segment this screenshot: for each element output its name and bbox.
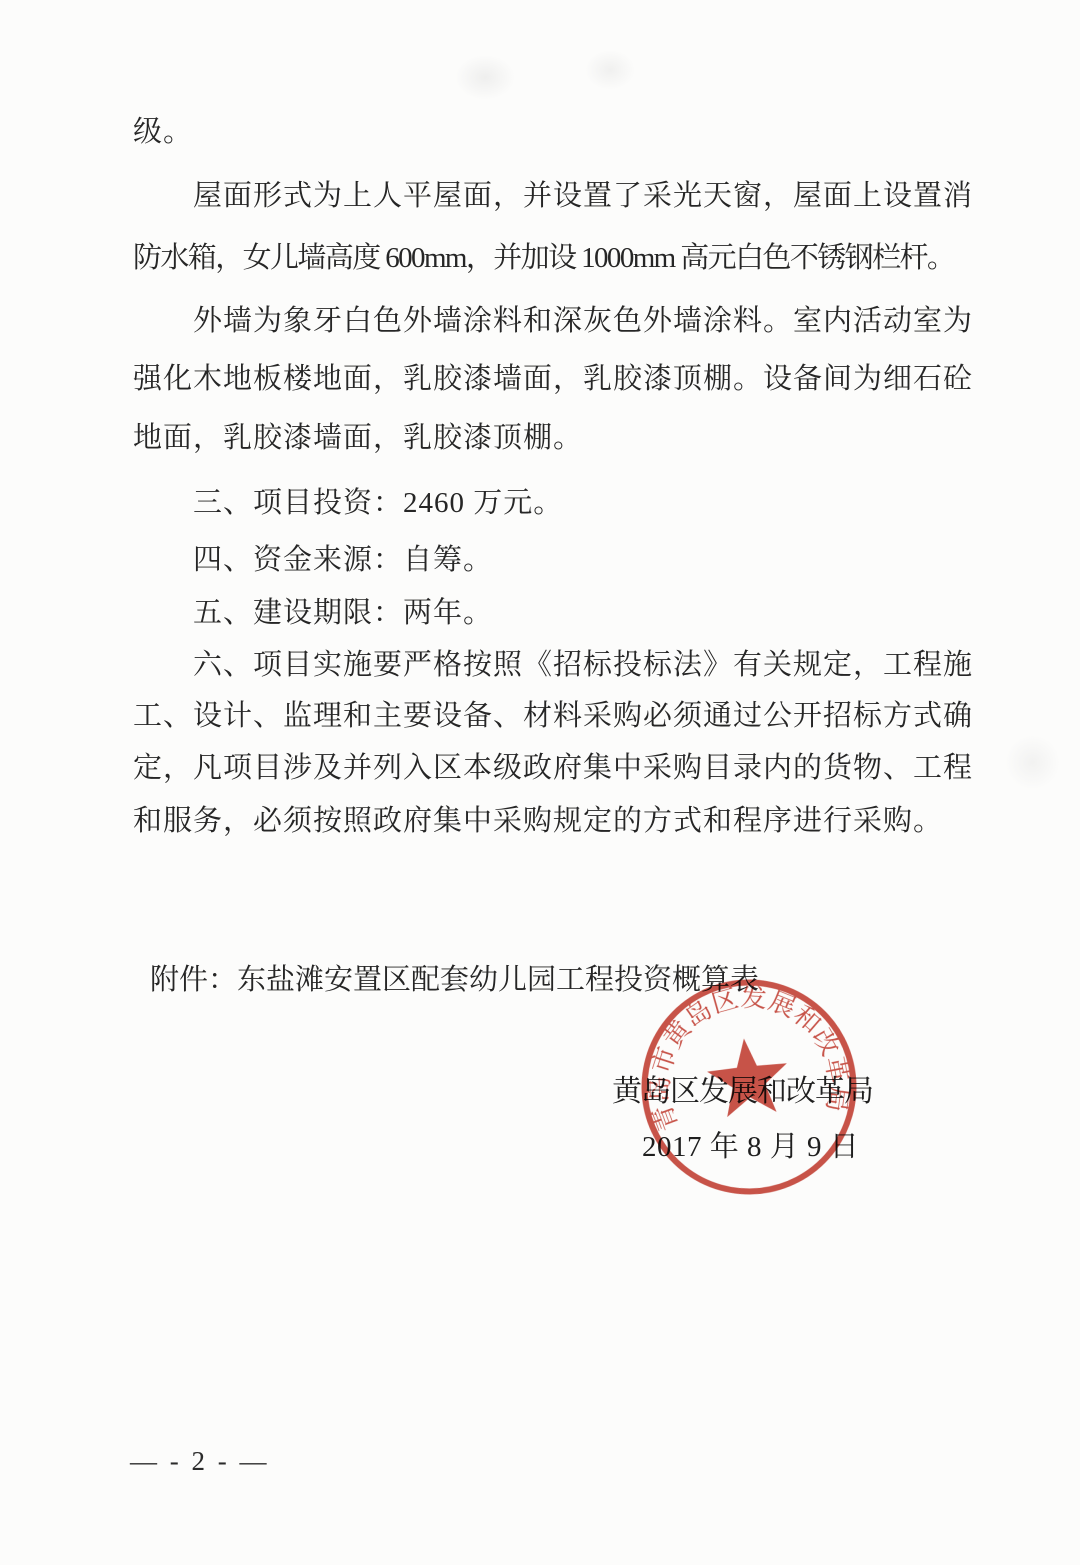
body-line: 级。: [133, 114, 993, 150]
seal-star-icon: [704, 1034, 792, 1118]
body-line: 防水箱，女儿墙高度 600mm，并加设 1000mm 高元白色不锈钢栏杆。: [133, 240, 993, 276]
body-line: 外墙为象牙白色外墙涂料和深灰色外墙涂料。室内活动室为: [133, 303, 1053, 339]
scan-smudge: [585, 50, 635, 90]
body-line: 强化木地板楼地面，乳胶漆墙面，乳胶漆顶棚。设备间为细石砼: [133, 361, 993, 397]
body-line: 五、建设期限：两年。: [193, 595, 1053, 631]
body-line: 工、设计、监理和主要设备、材料采购必须通过公开招标方式确: [133, 698, 993, 734]
body-line: 屋面形式为上人平屋面，并设置了采光天窗，屋面上设置消: [133, 178, 1053, 214]
scan-smudge: [455, 55, 515, 100]
body-line: 和服务，必须按照政府集中采购规定的方式和程序进行采购。: [133, 803, 993, 839]
official-seal: 青岛市黄岛区发展和改革局: [625, 963, 873, 1211]
body-line: 四、资金来源：自筹。: [193, 542, 1053, 578]
scan-smudge: [1005, 735, 1060, 790]
page-number: — - 2 - —: [130, 1446, 269, 1477]
body-line: 地面，乳胶漆墙面，乳胶漆顶棚。: [133, 420, 993, 456]
body-line: 三、项目投资：2460 万元。: [193, 485, 1053, 521]
body-line: 六、项目实施要严格按照《招标投标法》有关规定，工程施: [133, 647, 1053, 683]
document-page: 级。 屋面形式为上人平屋面，并设置了采光天窗，屋面上设置消 防水箱，女儿墙高度 …: [0, 0, 1080, 1565]
body-line: 定，凡项目涉及并列入区本级政府集中采购目录内的货物、工程: [133, 750, 993, 786]
